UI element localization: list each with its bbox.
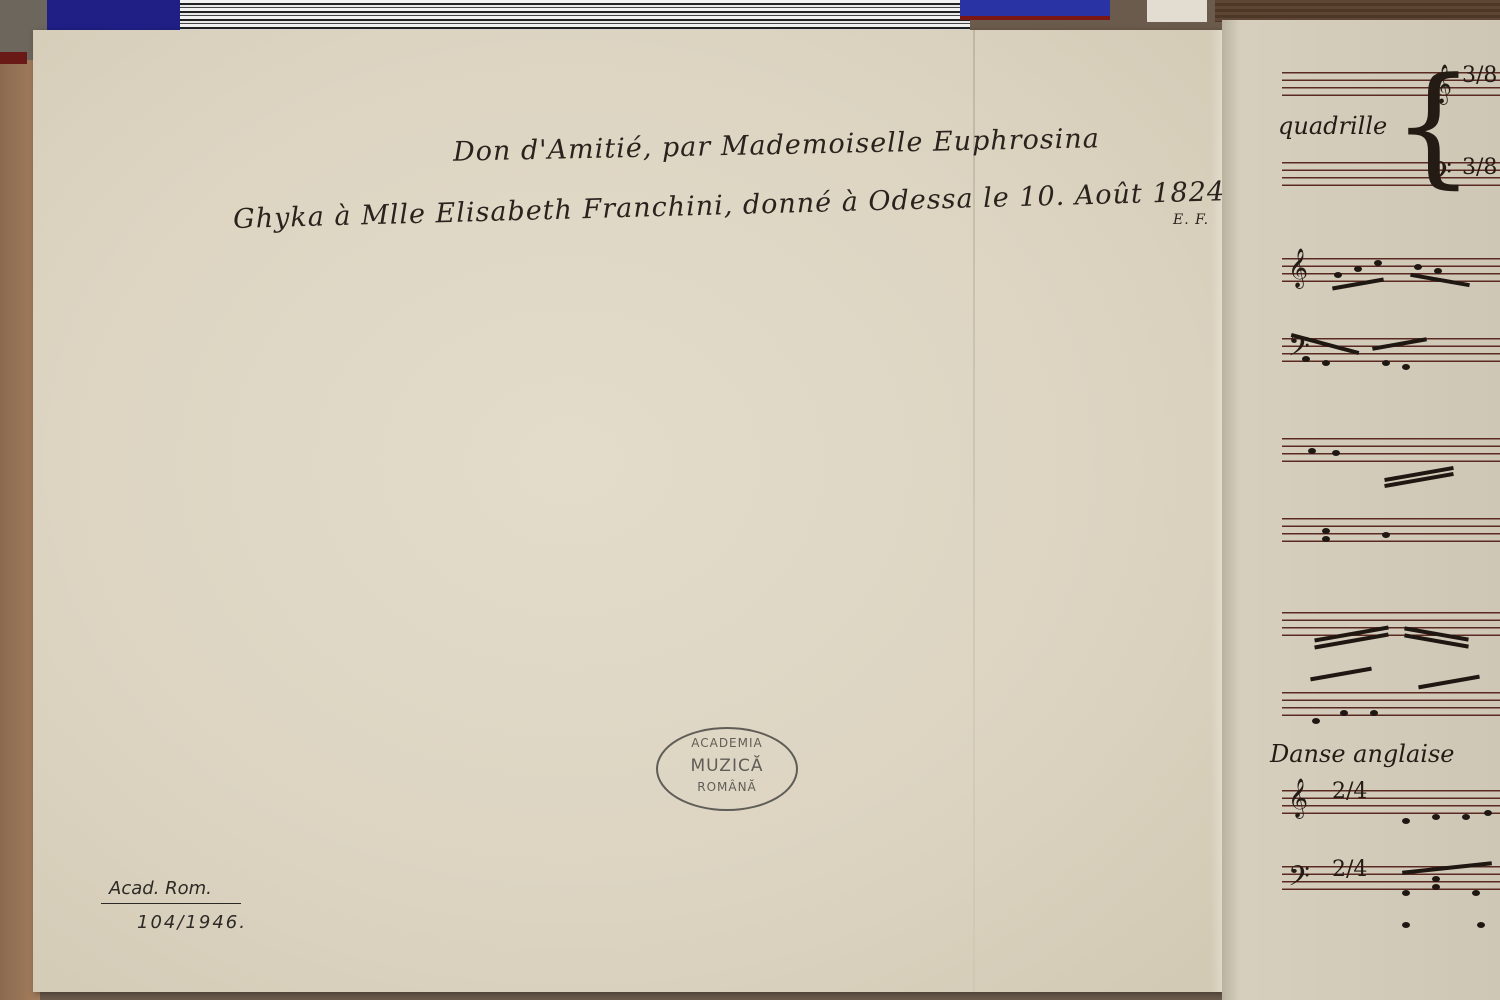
time-signature-treble: 3/8 — [1462, 66, 1497, 86]
treble-clef-icon: 𝄞 — [1288, 778, 1308, 818]
note-head — [1472, 890, 1480, 896]
note-head — [1382, 360, 1390, 366]
note-head — [1382, 532, 1390, 538]
note-head — [1432, 814, 1440, 820]
note-head — [1370, 710, 1378, 716]
blue-book-cover-2 — [960, 0, 1110, 20]
note-head — [1432, 884, 1440, 890]
bass-clef-icon: 𝄢 — [1288, 860, 1310, 900]
stamp-text-bottom: ROMÂNĂ — [658, 780, 796, 794]
piece-title-danse-anglaise: Danse anglaise — [1270, 740, 1454, 768]
bass-clef-icon: 𝄢 — [1430, 156, 1452, 196]
piece-title-quadrille: quadrille — [1278, 112, 1387, 140]
manuscript-right-page: { quadrille 𝄞 3/8 𝄢 3/8 𝄞 𝄢 Danse anglai… — [1222, 20, 1500, 1000]
dedication-line-2: Ghyka à Mlle Elisabeth Franchini, donné … — [233, 176, 1235, 235]
red-book-spine — [0, 52, 27, 64]
note-head — [1322, 536, 1330, 542]
note-head — [1402, 890, 1410, 896]
note-head — [1432, 876, 1440, 882]
stamp-text-middle: MUZICĂ — [658, 756, 796, 776]
note-head — [1322, 528, 1330, 534]
treble-clef-icon: 𝄞 — [1432, 64, 1452, 104]
dedication-line-1: Don d'Amitié, par Mademoiselle Euphrosin… — [453, 123, 1100, 168]
wooden-table — [1215, 0, 1500, 22]
note-head — [1322, 360, 1330, 366]
note-beam — [1418, 675, 1480, 690]
shelfmark-number: 104/1946. — [101, 912, 241, 933]
page-crease — [973, 30, 975, 992]
note-head — [1374, 260, 1382, 266]
time-signature-bass: 2/4 — [1332, 860, 1367, 880]
note-head — [1402, 922, 1410, 928]
staff-bass-5 — [1282, 866, 1500, 896]
time-signature-treble: 2/4 — [1332, 782, 1367, 802]
note-head — [1402, 818, 1410, 824]
shelfmark-annotation: Acad. Rom. 104/1946. — [101, 878, 241, 933]
note-head — [1484, 810, 1492, 816]
note-head — [1477, 922, 1485, 928]
time-signature-bass: 3/8 — [1462, 158, 1497, 178]
shelfmark-institution: Acad. Rom. — [101, 878, 241, 904]
note-head — [1312, 718, 1320, 724]
note-head — [1402, 364, 1410, 370]
paper-tab — [1147, 0, 1207, 22]
staff-bass-3 — [1282, 518, 1500, 548]
dedication-initials: E. F. — [1173, 212, 1209, 228]
note-head — [1332, 450, 1340, 456]
engraving-print — [180, 0, 970, 30]
note-head — [1308, 448, 1316, 454]
note-head — [1414, 264, 1422, 270]
note-head — [1334, 272, 1342, 278]
note-head — [1462, 814, 1470, 820]
note-head — [1434, 268, 1442, 274]
note-head — [1302, 356, 1310, 362]
library-stamp: ACADEMIA MUZICĂ ROMÂNĂ — [656, 727, 798, 811]
stamp-text-top: ACADEMIA — [658, 736, 796, 750]
note-beam — [1310, 667, 1372, 682]
treble-clef-icon: 𝄞 — [1288, 248, 1308, 288]
note-head — [1340, 710, 1348, 716]
manuscript-left-page: Don d'Amitié, par Mademoiselle Euphrosin… — [33, 30, 1225, 992]
note-head — [1354, 266, 1362, 272]
